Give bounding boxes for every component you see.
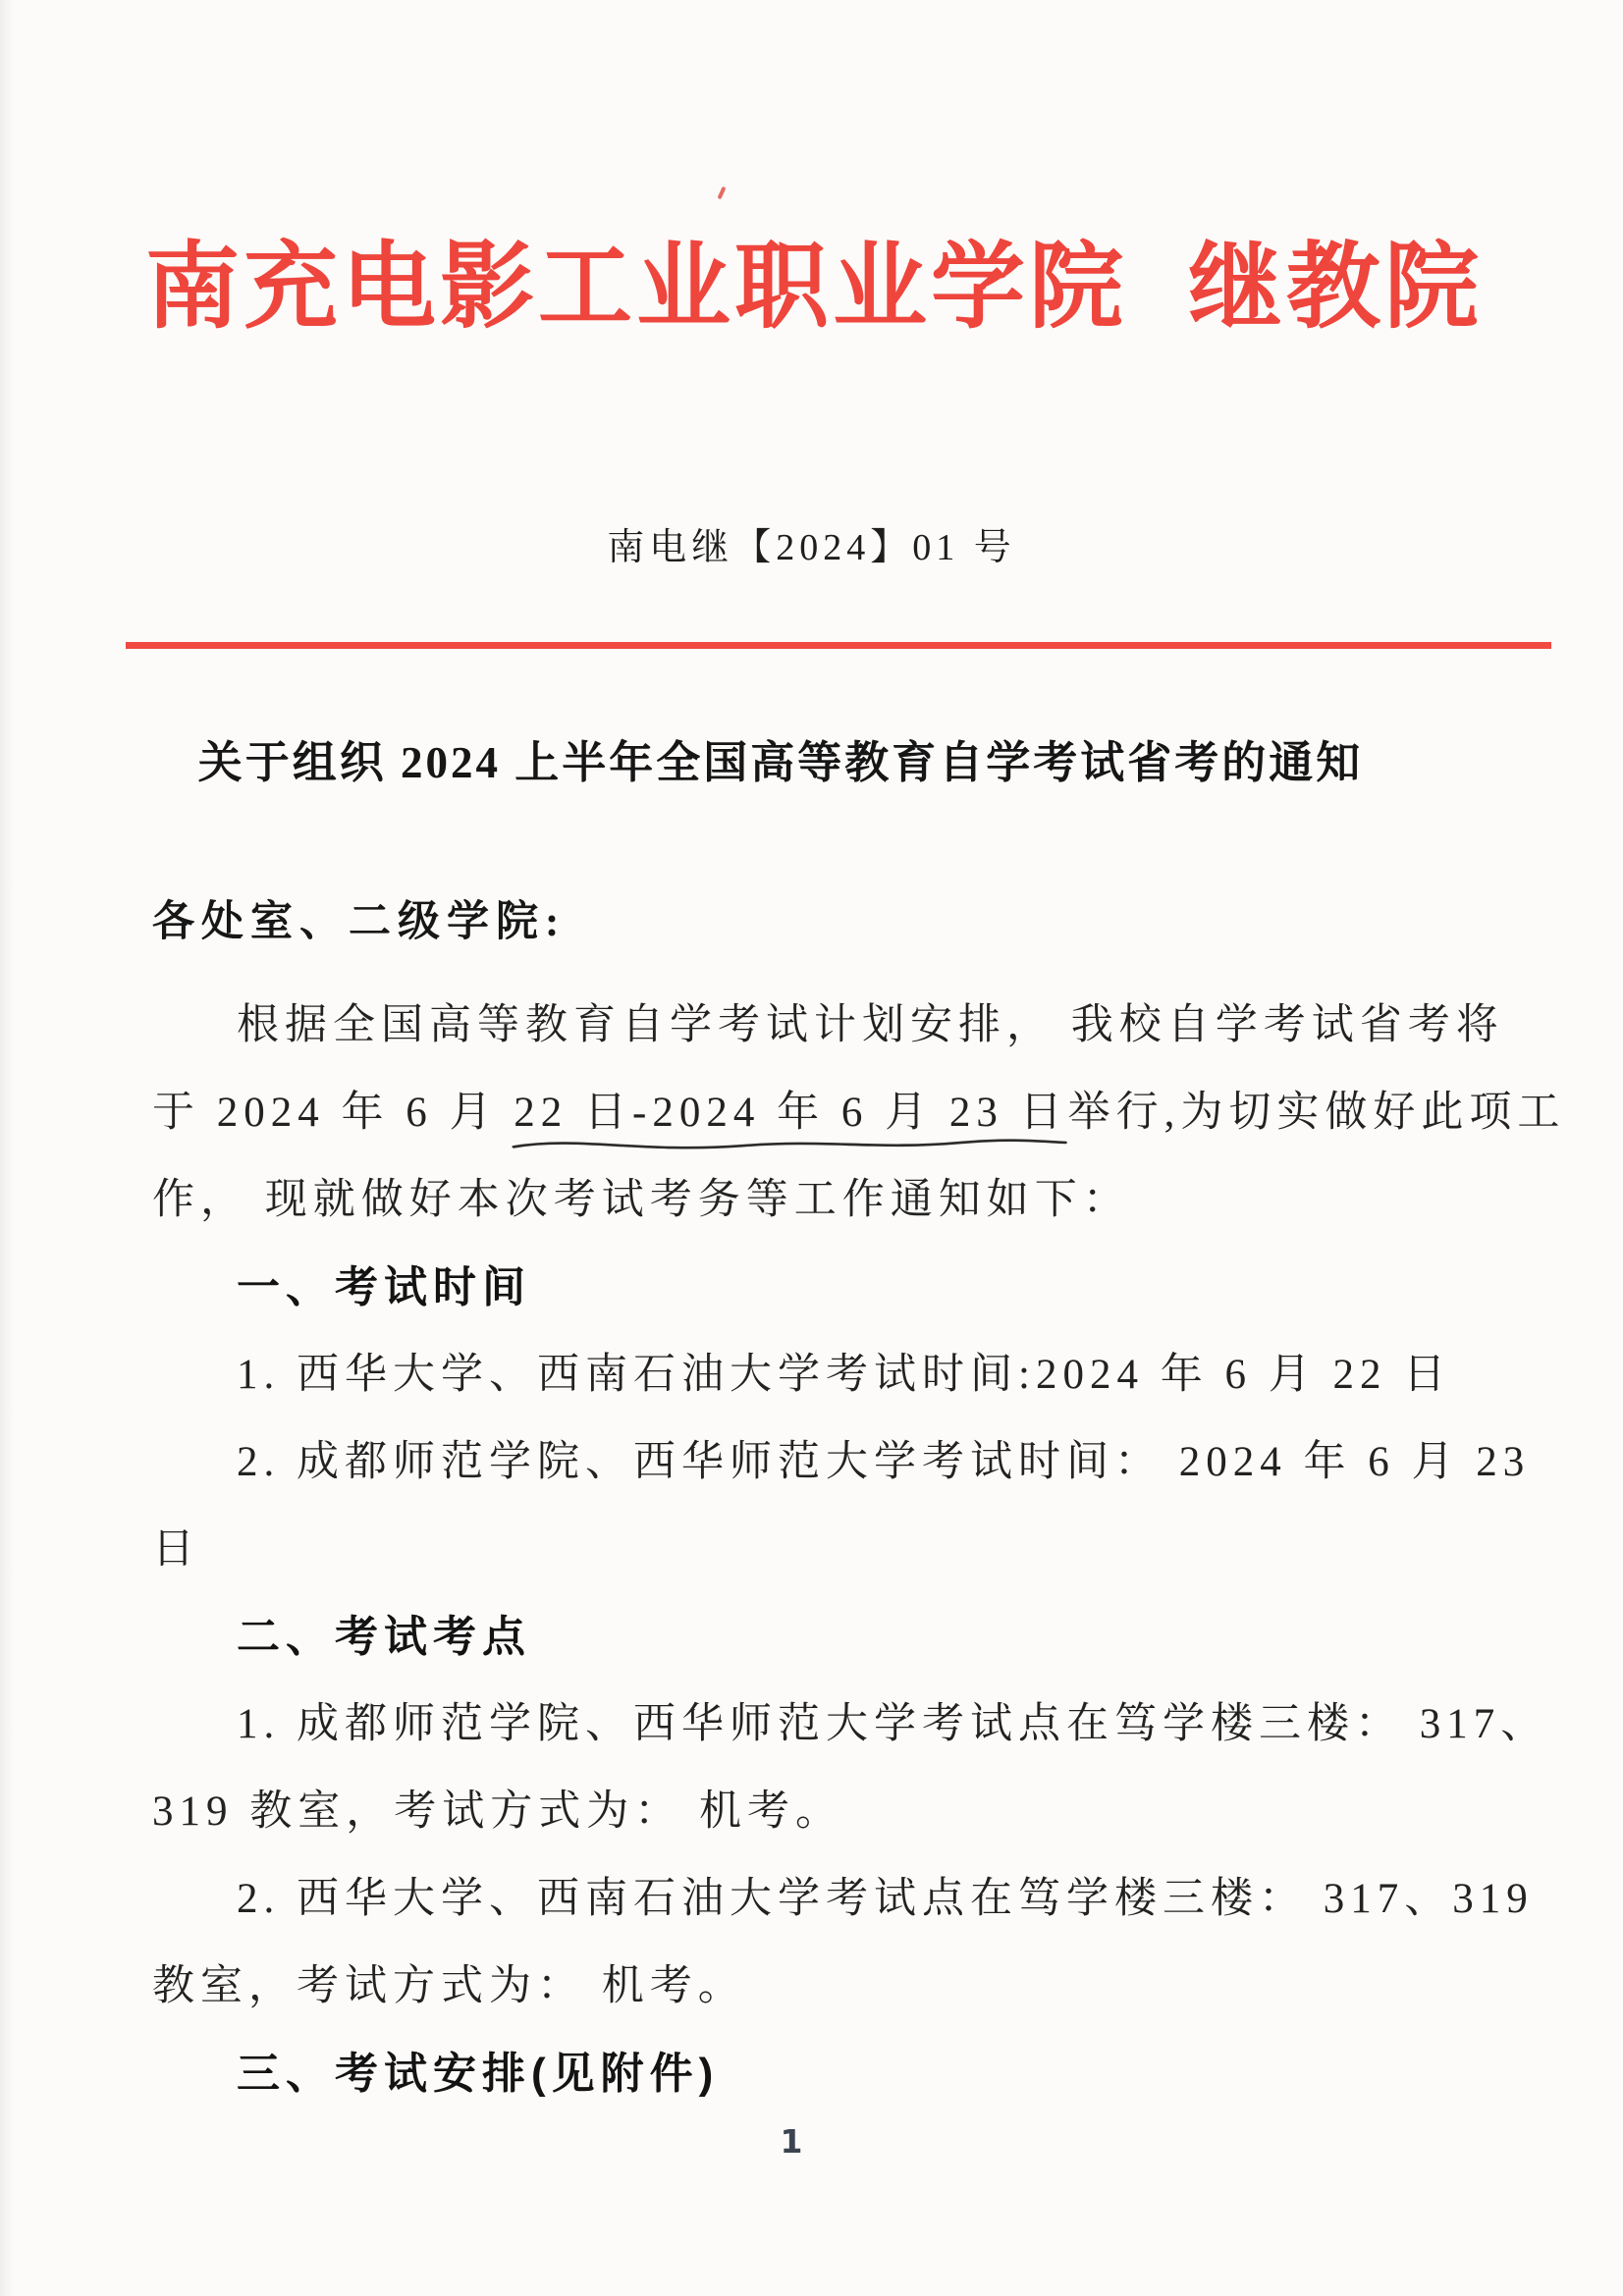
paragraph1-line3-text: 作， 现就做好本次考试考务等工作通知如下： bbox=[152, 1177, 1131, 1223]
wavy-underline-stroke bbox=[508, 1133, 1071, 1154]
section3-heading: 三、考试安排(见附件) bbox=[152, 2030, 1476, 2117]
paragraph1-line2-post: 举行,为切实做好此项工 bbox=[1068, 1090, 1566, 1136]
section2-item1-line2: 319 教室，考试方式为： 机考。 bbox=[152, 1768, 1476, 1855]
section1-item1: 1. 西华大学、西南石油大学考试时间:2024 年 6 月 22 日 bbox=[152, 1331, 1476, 1418]
section2-item2-line2: 教室，考试方式为： 机考。 bbox=[152, 1943, 1476, 2030]
document-page: 南充电影工业职业学院 继教院 南电继【2024】01 号 关于组织 2024 上… bbox=[0, 0, 1623, 2296]
paragraph1-line1: 根据全国高等教育自学考试计划安排， 我校自学考试省考将 bbox=[152, 982, 1476, 1069]
paragraph1-line2: 于 2024 年 6 月 22 日-2024 年 6 月 23 日举行,为切实做… bbox=[152, 1069, 1476, 1156]
section2-item2-line1: 2. 西华大学、西南石油大学考试点在笃学楼三楼： 317、319 bbox=[152, 1855, 1476, 1943]
doc-title: 关于组织 2024 上半年全国高等教育自学考试省考的通知 bbox=[118, 734, 1512, 791]
org-title: 南充电影工业职业学院 继教院 bbox=[145, 224, 1483, 351]
wavy-underlined-dates-text: 22 日-2024 年 6 月 23 日 bbox=[514, 1090, 1067, 1136]
section1-item2-line1: 2. 成都师范学院、西华师范大学考试时间： 2024 年 6 月 23 bbox=[152, 1418, 1476, 1506]
document-body: 各处室、二级学院: 根据全国高等教育自学考试计划安排， 我校自学考试省考将 于 … bbox=[152, 879, 1476, 2117]
scan-speck bbox=[718, 187, 727, 200]
section2-heading: 二、考试考点 bbox=[152, 1593, 1476, 1681]
section2-item1-line1: 1. 成都师范学院、西华师范大学考试点在笃学楼三楼： 317、 bbox=[152, 1681, 1476, 1768]
paragraph1-line2-pre: 于 2024 年 6 月 bbox=[152, 1090, 514, 1136]
section1-item2-line2: 日 bbox=[152, 1506, 1476, 1593]
paragraph1-line3: 作， 现就做好本次考试考务等工作通知如下： bbox=[152, 1156, 1476, 1244]
paragraph1-line1-text: 根据全国高等教育自学考试计划安排， 我校自学考试省考将 bbox=[237, 1002, 1504, 1048]
red-divider-rule bbox=[126, 642, 1551, 649]
section1-heading: 一、考试时间 bbox=[152, 1244, 1476, 1331]
doc-number: 南电继【2024】01 号 bbox=[0, 520, 1623, 575]
page-number: 1 bbox=[0, 2122, 1583, 2161]
wavy-underlined-dates: 22 日-2024 年 6 月 23 日 bbox=[514, 1069, 1067, 1156]
scan-edge-shadow bbox=[0, 0, 14, 2296]
salutation-line: 各处室、二级学院: bbox=[152, 879, 1476, 966]
